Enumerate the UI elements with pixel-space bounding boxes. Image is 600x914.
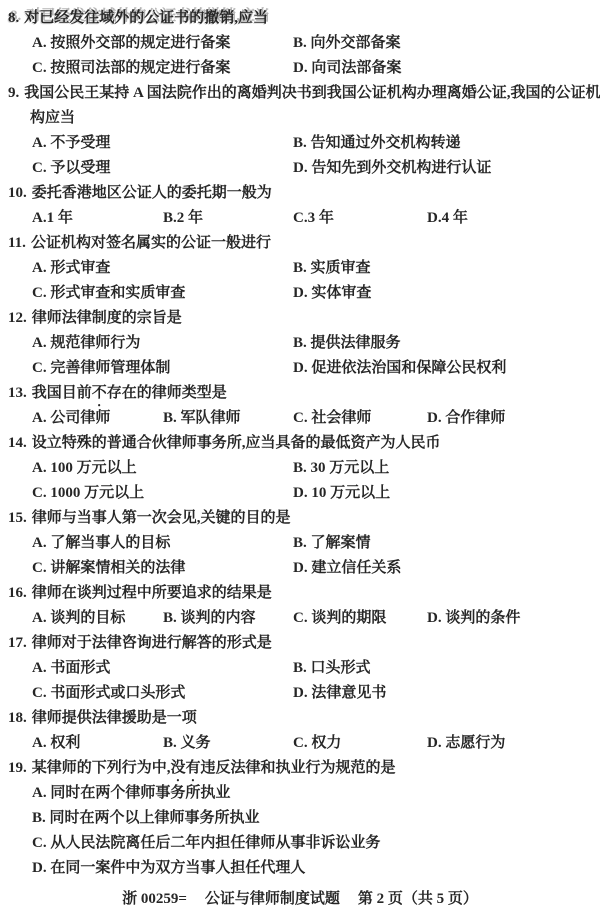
question-number: 11. [8, 231, 26, 256]
question-12: 12.律师法律制度的宗旨是 A. 规范律师行为B. 提供法律服务 C. 完善律师… [0, 306, 600, 381]
question-number: 19. [8, 756, 27, 781]
option-a: A. 书面形式 [32, 656, 293, 681]
option-c: C. 社会律师 [293, 406, 427, 431]
option-c: C.3 年 [293, 206, 427, 231]
option-c: C. 按照司法部的规定进行备案 [32, 56, 293, 81]
option-c: C. 予以受理 [32, 156, 293, 181]
option-b: B. 同时在两个以上律师事务所执业 [0, 806, 600, 831]
question-number: 9. [8, 81, 19, 106]
option-b: B. 向外交部备案 [293, 31, 401, 56]
option-c: C. 1000 万元以上 [32, 481, 293, 506]
question-8-options-row-1: A. 按照外交部的规定进行备案B. 向外交部备案 [0, 31, 600, 56]
option-d: D. 在同一案件中为双方当事人担任代理人 [0, 856, 600, 881]
option-d: D. 志愿行为 [427, 731, 505, 756]
stem-text: 违反法律和执业行为规范的是 [201, 760, 396, 776]
option-a: A. 形式审查 [32, 256, 293, 281]
option-b: B. 军队律师 [163, 406, 293, 431]
option-c: C. 从人民法院离任后二年内担任律师从事非诉讼业务 [0, 831, 600, 856]
question-8-stem: 8.对已经发往域外的公证书的撤销,应当 [0, 6, 600, 31]
question-12-stem: 12.律师法律制度的宗旨是 [0, 306, 600, 331]
option-b: B. 实质审查 [293, 256, 371, 281]
stem-text: 委托香港地区公证人的委托期一般为 [32, 185, 272, 201]
exam-page: 8.对已经发往域外的公证书的撤销,应当 A. 按照外交部的规定进行备案B. 向外… [0, 0, 600, 914]
option-d: D. 10 万元以上 [293, 481, 390, 506]
option-b: B. 口头形式 [293, 656, 371, 681]
option-d: D. 谈判的条件 [427, 606, 520, 631]
stem-text: 律师法律制度的宗旨是 [32, 310, 182, 326]
stem-text: 设立特殊的普通合伙律师事务所,应当具备的最低资产为人民币 [32, 435, 441, 451]
question-15-stem: 15.律师与当事人第一次会见,关键的目的是 [0, 506, 600, 531]
option-a: A. 规范律师行为 [32, 331, 293, 356]
question-number: 15. [8, 506, 27, 531]
question-14-stem: 14.设立特殊的普通合伙律师事务所,应当具备的最低资产为人民币 [0, 431, 600, 456]
question-19-stem: 19.某律师的下列行为中,没有违反法律和执业行为规范的是 [0, 756, 600, 781]
question-16-stem: 16.律师在谈判过程中所要追求的结果是 [0, 581, 600, 606]
option-b: B. 提供法律服务 [293, 331, 401, 356]
question-17-options-row-2: C. 书面形式或口头形式D. 法律意见书 [0, 681, 600, 706]
stem-text: 某律师的下列行为中, [32, 760, 171, 776]
stem-text: 律师提供法律援助是一项 [32, 710, 197, 726]
question-number: 8. [8, 6, 19, 31]
question-14-options-row-2: C. 1000 万元以上D. 10 万元以上 [0, 481, 600, 506]
option-d: D. 实体审查 [293, 281, 371, 306]
option-c: C. 完善律师管理体制 [32, 356, 293, 381]
option-d: D. 促进依法治国和保障公民权利 [293, 356, 506, 381]
exam-title: 公证与律师制度试题 [205, 887, 340, 912]
option-b: B. 了解案情 [293, 531, 371, 556]
option-d: D. 合作律师 [427, 406, 505, 431]
question-13-stem: 13.我国目前不存在的律师类型是 [0, 381, 600, 406]
question-15-options-row-1: A. 了解当事人的目标B. 了解案情 [0, 531, 600, 556]
question-11: 11.公证机构对签名属实的公证一般进行 A. 形式审查B. 实质审查 C. 形式… [0, 231, 600, 306]
stem-text: 构应当 [30, 110, 75, 126]
option-a: A. 同时在两个律师事务所执业 [0, 781, 600, 806]
question-16: 16.律师在谈判过程中所要追求的结果是 A. 谈判的目标B. 谈判的内容C. 谈… [0, 581, 600, 631]
option-text: D. 在同一案件中为双方当事人担任代理人 [32, 860, 305, 876]
option-a: A. 不予受理 [32, 131, 293, 156]
question-9: 9.我国公民王某持 A 国法院作出的离婚判决书到我国公证机构办理离婚公证,我国的… [0, 81, 600, 181]
question-17: 17.律师对于法律咨询进行解答的形式是 A. 书面形式B. 口头形式 C. 书面… [0, 631, 600, 706]
question-number: 16. [8, 581, 27, 606]
question-17-options-row-1: A. 书面形式B. 口头形式 [0, 656, 600, 681]
option-a: A. 谈判的目标 [32, 606, 163, 631]
question-9-stem-cont: 构应当 [0, 106, 600, 131]
question-14: 14.设立特殊的普通合伙律师事务所,应当具备的最低资产为人民币 A. 100 万… [0, 431, 600, 506]
question-17-stem: 17.律师对于法律咨询进行解答的形式是 [0, 631, 600, 656]
question-12-options-row-2: C. 完善律师管理体制D. 促进依法治国和保障公民权利 [0, 356, 600, 381]
option-d: D. 建立信任关系 [293, 556, 401, 581]
question-11-options-row-1: A. 形式审查B. 实质审查 [0, 256, 600, 281]
stem-text: 存在的律师类型是 [107, 385, 227, 401]
stem-text: 律师与当事人第一次会见,关键的目的是 [32, 510, 291, 526]
question-number: 10. [8, 181, 27, 206]
option-text: A. 同时在两个律师事务所执业 [32, 785, 230, 801]
question-8: 8.对已经发往域外的公证书的撤销,应当 A. 按照外交部的规定进行备案B. 向外… [0, 6, 600, 81]
option-c: C. 谈判的期限 [293, 606, 427, 631]
question-number: 12. [8, 306, 27, 331]
question-9-options-row-1: A. 不予受理B. 告知通过外交机构转递 [0, 131, 600, 156]
question-13: 13.我国目前不存在的律师类型是 A. 公司律师B. 军队律师C. 社会律师D.… [0, 381, 600, 431]
option-c: C. 形式审查和实质审查 [32, 281, 293, 306]
question-10-stem: 10.委托香港地区公证人的委托期一般为 [0, 181, 600, 206]
question-10-options-row: A.1 年B.2 年C.3 年D.4 年 [0, 206, 600, 231]
question-number: 18. [8, 706, 27, 731]
question-18-stem: 18.律师提供法律援助是一项 [0, 706, 600, 731]
question-12-options-row-1: A. 规范律师行为B. 提供法律服务 [0, 331, 600, 356]
question-8-options-row-2: C. 按照司法部的规定进行备案D. 向司法部备案 [0, 56, 600, 81]
question-9-stem: 9.我国公民王某持 A 国法院作出的离婚判决书到我国公证机构办理离婚公证,我国的… [0, 81, 600, 106]
option-b: B.2 年 [163, 206, 293, 231]
option-text: B. 同时在两个以上律师事务所执业 [32, 810, 260, 826]
question-number: 17. [8, 631, 27, 656]
page-footer: 浙 00259= 公证与律师制度试题 第 2 页（共 5 页） [0, 887, 600, 912]
question-15: 15.律师与当事人第一次会见,关键的目的是 A. 了解当事人的目标B. 了解案情… [0, 506, 600, 581]
option-a: A. 公司律师 [32, 406, 163, 431]
option-c: C. 讲解案情相关的法律 [32, 556, 293, 581]
question-11-stem: 11.公证机构对签名属实的公证一般进行 [0, 231, 600, 256]
question-16-options-row: A. 谈判的目标B. 谈判的内容C. 谈判的期限D. 谈判的条件 [0, 606, 600, 631]
stem-text: 律师对于法律咨询进行解答的形式是 [32, 635, 272, 651]
stem-text: 公证机构对签名属实的公证一般进行 [31, 235, 271, 251]
option-c: C. 权力 [293, 731, 427, 756]
question-11-options-row-2: C. 形式审查和实质审查D. 实体审查 [0, 281, 600, 306]
option-b: B. 义务 [163, 731, 293, 756]
question-10: 10.委托香港地区公证人的委托期一般为 A.1 年B.2 年C.3 年D.4 年 [0, 181, 600, 231]
stem-text: 对已经发往域外的公证书的撤销,应当 [24, 10, 268, 26]
option-a: A.1 年 [32, 206, 163, 231]
question-number: 13. [8, 381, 27, 406]
question-14-options-row-1: A. 100 万元以上B. 30 万元以上 [0, 456, 600, 481]
option-b: B. 告知通过外交机构转递 [293, 131, 461, 156]
option-d: D.4 年 [427, 206, 468, 231]
option-d: D. 告知先到外交机构进行认证 [293, 156, 491, 181]
stem-text: 我国目前 [32, 385, 92, 401]
option-a: A. 按照外交部的规定进行备案 [32, 31, 293, 56]
stem-text: 我国公民王某持 A 国法院作出的离婚判决书到我国公证机构办理离婚公证,我国的公证… [24, 85, 600, 101]
option-text: C. 从人民法院离任后二年内担任律师从事非诉讼业务 [32, 835, 380, 851]
option-d: D. 向司法部备案 [293, 56, 401, 81]
option-a: A. 100 万元以上 [32, 456, 293, 481]
option-a: A. 了解当事人的目标 [32, 531, 293, 556]
option-b: B. 谈判的内容 [163, 606, 293, 631]
question-18-options-row: A. 权利B. 义务C. 权力D. 志愿行为 [0, 731, 600, 756]
question-13-options-row: A. 公司律师B. 军队律师C. 社会律师D. 合作律师 [0, 406, 600, 431]
option-b: B. 30 万元以上 [293, 456, 389, 481]
question-18: 18.律师提供法律援助是一项 A. 权利B. 义务C. 权力D. 志愿行为 [0, 706, 600, 756]
exam-code: 浙 00259= [122, 887, 187, 912]
question-19: 19.某律师的下列行为中,没有违反法律和执业行为规范的是 A. 同时在两个律师事… [0, 756, 600, 881]
stem-text: 律师在谈判过程中所要追求的结果是 [32, 585, 272, 601]
stem-emphasized-text: 没有 [171, 760, 201, 776]
option-c: C. 书面形式或口头形式 [32, 681, 293, 706]
stem-emphasized-text: 不 [92, 385, 107, 401]
question-number: 14. [8, 431, 27, 456]
page-indicator: 第 2 页（共 5 页） [358, 887, 478, 912]
question-15-options-row-2: C. 讲解案情相关的法律D. 建立信任关系 [0, 556, 600, 581]
option-d: D. 法律意见书 [293, 681, 386, 706]
option-a: A. 权利 [32, 731, 163, 756]
question-9-options-row-2: C. 予以受理D. 告知先到外交机构进行认证 [0, 156, 600, 181]
